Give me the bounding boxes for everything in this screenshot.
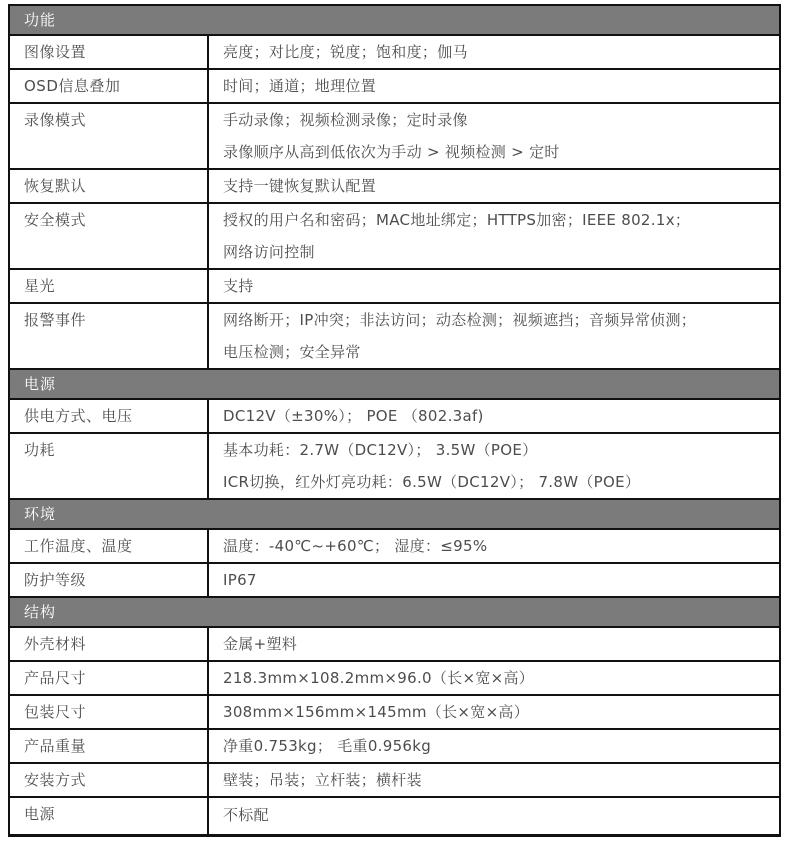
spec-row: 安全模式授权的用户名和密码；MAC地址绑定；HTTPS加密；IEEE 802.1… [10, 202, 779, 268]
spec-value-line: IP67 [223, 564, 779, 596]
spec-table: 功能图像设置亮度；对比度；锐度；饱和度；伽马OSD信息叠加时间；通道；地理位置录… [8, 4, 781, 837]
spec-label: 功耗 [10, 434, 209, 498]
spec-value-line: 壁装；吊装；立杆装；横杆装 [223, 764, 779, 796]
spec-value-line: 时间；通道；地理位置 [223, 70, 779, 102]
spec-value-line: 网络断开；IP冲突；非法访问；动态检测；视频遮挡；音频异常侦测； [223, 304, 779, 336]
spec-value: 壁装；吊装；立杆装；横杆装 [209, 764, 779, 796]
spec-value-line: 不标配 [223, 798, 779, 834]
spec-row: 电源不标配 [10, 796, 779, 834]
spec-value: 亮度；对比度；锐度；饱和度；伽马 [209, 36, 779, 68]
spec-value-line: 218.3mm×108.2mm×96.0（长×宽×高） [223, 662, 779, 694]
spec-value: 温度：-40℃~+60℃； 湿度：≤95% [209, 530, 779, 562]
section-header: 结构 [10, 596, 779, 626]
section-header: 环境 [10, 498, 779, 528]
section-header: 功能 [10, 6, 779, 34]
spec-label: 安全模式 [10, 204, 209, 268]
spec-row: 星光支持 [10, 268, 779, 302]
spec-value-line: 授权的用户名和密码；MAC地址绑定；HTTPS加密；IEEE 802.1x； [223, 204, 779, 236]
spec-value: 218.3mm×108.2mm×96.0（长×宽×高） [209, 662, 779, 694]
spec-label: 产品尺寸 [10, 662, 209, 694]
spec-label: 供电方式、电压 [10, 400, 209, 432]
spec-value-line: 电压检测；安全异常 [223, 336, 779, 368]
spec-value: 金属+塑料 [209, 628, 779, 660]
spec-value-line: 支持 [223, 270, 779, 302]
spec-value-line: ICR切换，红外灯亮功耗：6.5W（DC12V）； 7.8W（POE） [223, 466, 779, 498]
spec-row: 产品重量净重0.753kg； 毛重0.956kg [10, 728, 779, 762]
spec-value-line: DC12V（±30%）； POE （802.3af) [223, 400, 779, 432]
spec-value-line: 亮度；对比度；锐度；饱和度；伽马 [223, 36, 779, 68]
spec-label: 产品重量 [10, 730, 209, 762]
spec-row: 功耗基本功耗：2.7W（DC12V）； 3.5W（POE）ICR切换，红外灯亮功… [10, 432, 779, 498]
spec-value: 不标配 [209, 798, 779, 834]
spec-label: 报警事件 [10, 304, 209, 368]
spec-row: OSD信息叠加时间；通道；地理位置 [10, 68, 779, 102]
section-header: 电源 [10, 368, 779, 398]
spec-value: 网络断开；IP冲突；非法访问；动态检测；视频遮挡；音频异常侦测；电压检测；安全异… [209, 304, 779, 368]
spec-value-line: 支持一键恢复默认配置 [223, 170, 779, 202]
spec-label: 星光 [10, 270, 209, 302]
spec-label: 安装方式 [10, 764, 209, 796]
spec-label: 防护等级 [10, 564, 209, 596]
page: 功能图像设置亮度；对比度；锐度；饱和度；伽马OSD信息叠加时间；通道；地理位置录… [0, 0, 790, 849]
spec-row: 供电方式、电压DC12V（±30%）； POE （802.3af) [10, 398, 779, 432]
spec-row: 工作温度、温度温度：-40℃~+60℃； 湿度：≤95% [10, 528, 779, 562]
spec-value: 手动录像；视频检测录像；定时录像录像顺序从高到低依次为手动 > 视频检测 > 定… [209, 104, 779, 168]
spec-value-line: 温度：-40℃~+60℃； 湿度：≤95% [223, 530, 779, 562]
spec-value: 基本功耗：2.7W（DC12V）； 3.5W（POE）ICR切换，红外灯亮功耗：… [209, 434, 779, 498]
spec-label: 工作温度、温度 [10, 530, 209, 562]
spec-row: 防护等级IP67 [10, 562, 779, 596]
spec-label: 录像模式 [10, 104, 209, 168]
spec-label: 包装尺寸 [10, 696, 209, 728]
spec-label: 外壳材料 [10, 628, 209, 660]
spec-row: 产品尺寸218.3mm×108.2mm×96.0（长×宽×高） [10, 660, 779, 694]
spec-value-line: 录像顺序从高到低依次为手动 > 视频检测 > 定时 [223, 136, 779, 168]
spec-label: 图像设置 [10, 36, 209, 68]
spec-label: 电源 [10, 798, 209, 834]
spec-value: DC12V（±30%）； POE （802.3af) [209, 400, 779, 432]
spec-value: 时间；通道；地理位置 [209, 70, 779, 102]
spec-row: 包装尺寸308mm×156mm×145mm（长×宽×高） [10, 694, 779, 728]
spec-value-line: 净重0.753kg； 毛重0.956kg [223, 730, 779, 762]
spec-row: 报警事件网络断开；IP冲突；非法访问；动态检测；视频遮挡；音频异常侦测；电压检测… [10, 302, 779, 368]
spec-value-line: 基本功耗：2.7W（DC12V）； 3.5W（POE） [223, 434, 779, 466]
spec-value-line: 网络访问控制 [223, 236, 779, 268]
spec-value: 授权的用户名和密码；MAC地址绑定；HTTPS加密；IEEE 802.1x；网络… [209, 204, 779, 268]
spec-row: 外壳材料金属+塑料 [10, 626, 779, 660]
spec-row: 录像模式手动录像；视频检测录像；定时录像录像顺序从高到低依次为手动 > 视频检测… [10, 102, 779, 168]
spec-value: 308mm×156mm×145mm（长×宽×高） [209, 696, 779, 728]
spec-value: 支持 [209, 270, 779, 302]
spec-value-line: 308mm×156mm×145mm（长×宽×高） [223, 696, 779, 728]
spec-row: 图像设置亮度；对比度；锐度；饱和度；伽马 [10, 34, 779, 68]
spec-row: 恢复默认支持一键恢复默认配置 [10, 168, 779, 202]
spec-label: OSD信息叠加 [10, 70, 209, 102]
spec-label: 恢复默认 [10, 170, 209, 202]
spec-value: IP67 [209, 564, 779, 596]
spec-value: 支持一键恢复默认配置 [209, 170, 779, 202]
spec-value-line: 金属+塑料 [223, 628, 779, 660]
spec-row: 安装方式壁装；吊装；立杆装；横杆装 [10, 762, 779, 796]
spec-value-line: 手动录像；视频检测录像；定时录像 [223, 104, 779, 136]
spec-value: 净重0.753kg； 毛重0.956kg [209, 730, 779, 762]
